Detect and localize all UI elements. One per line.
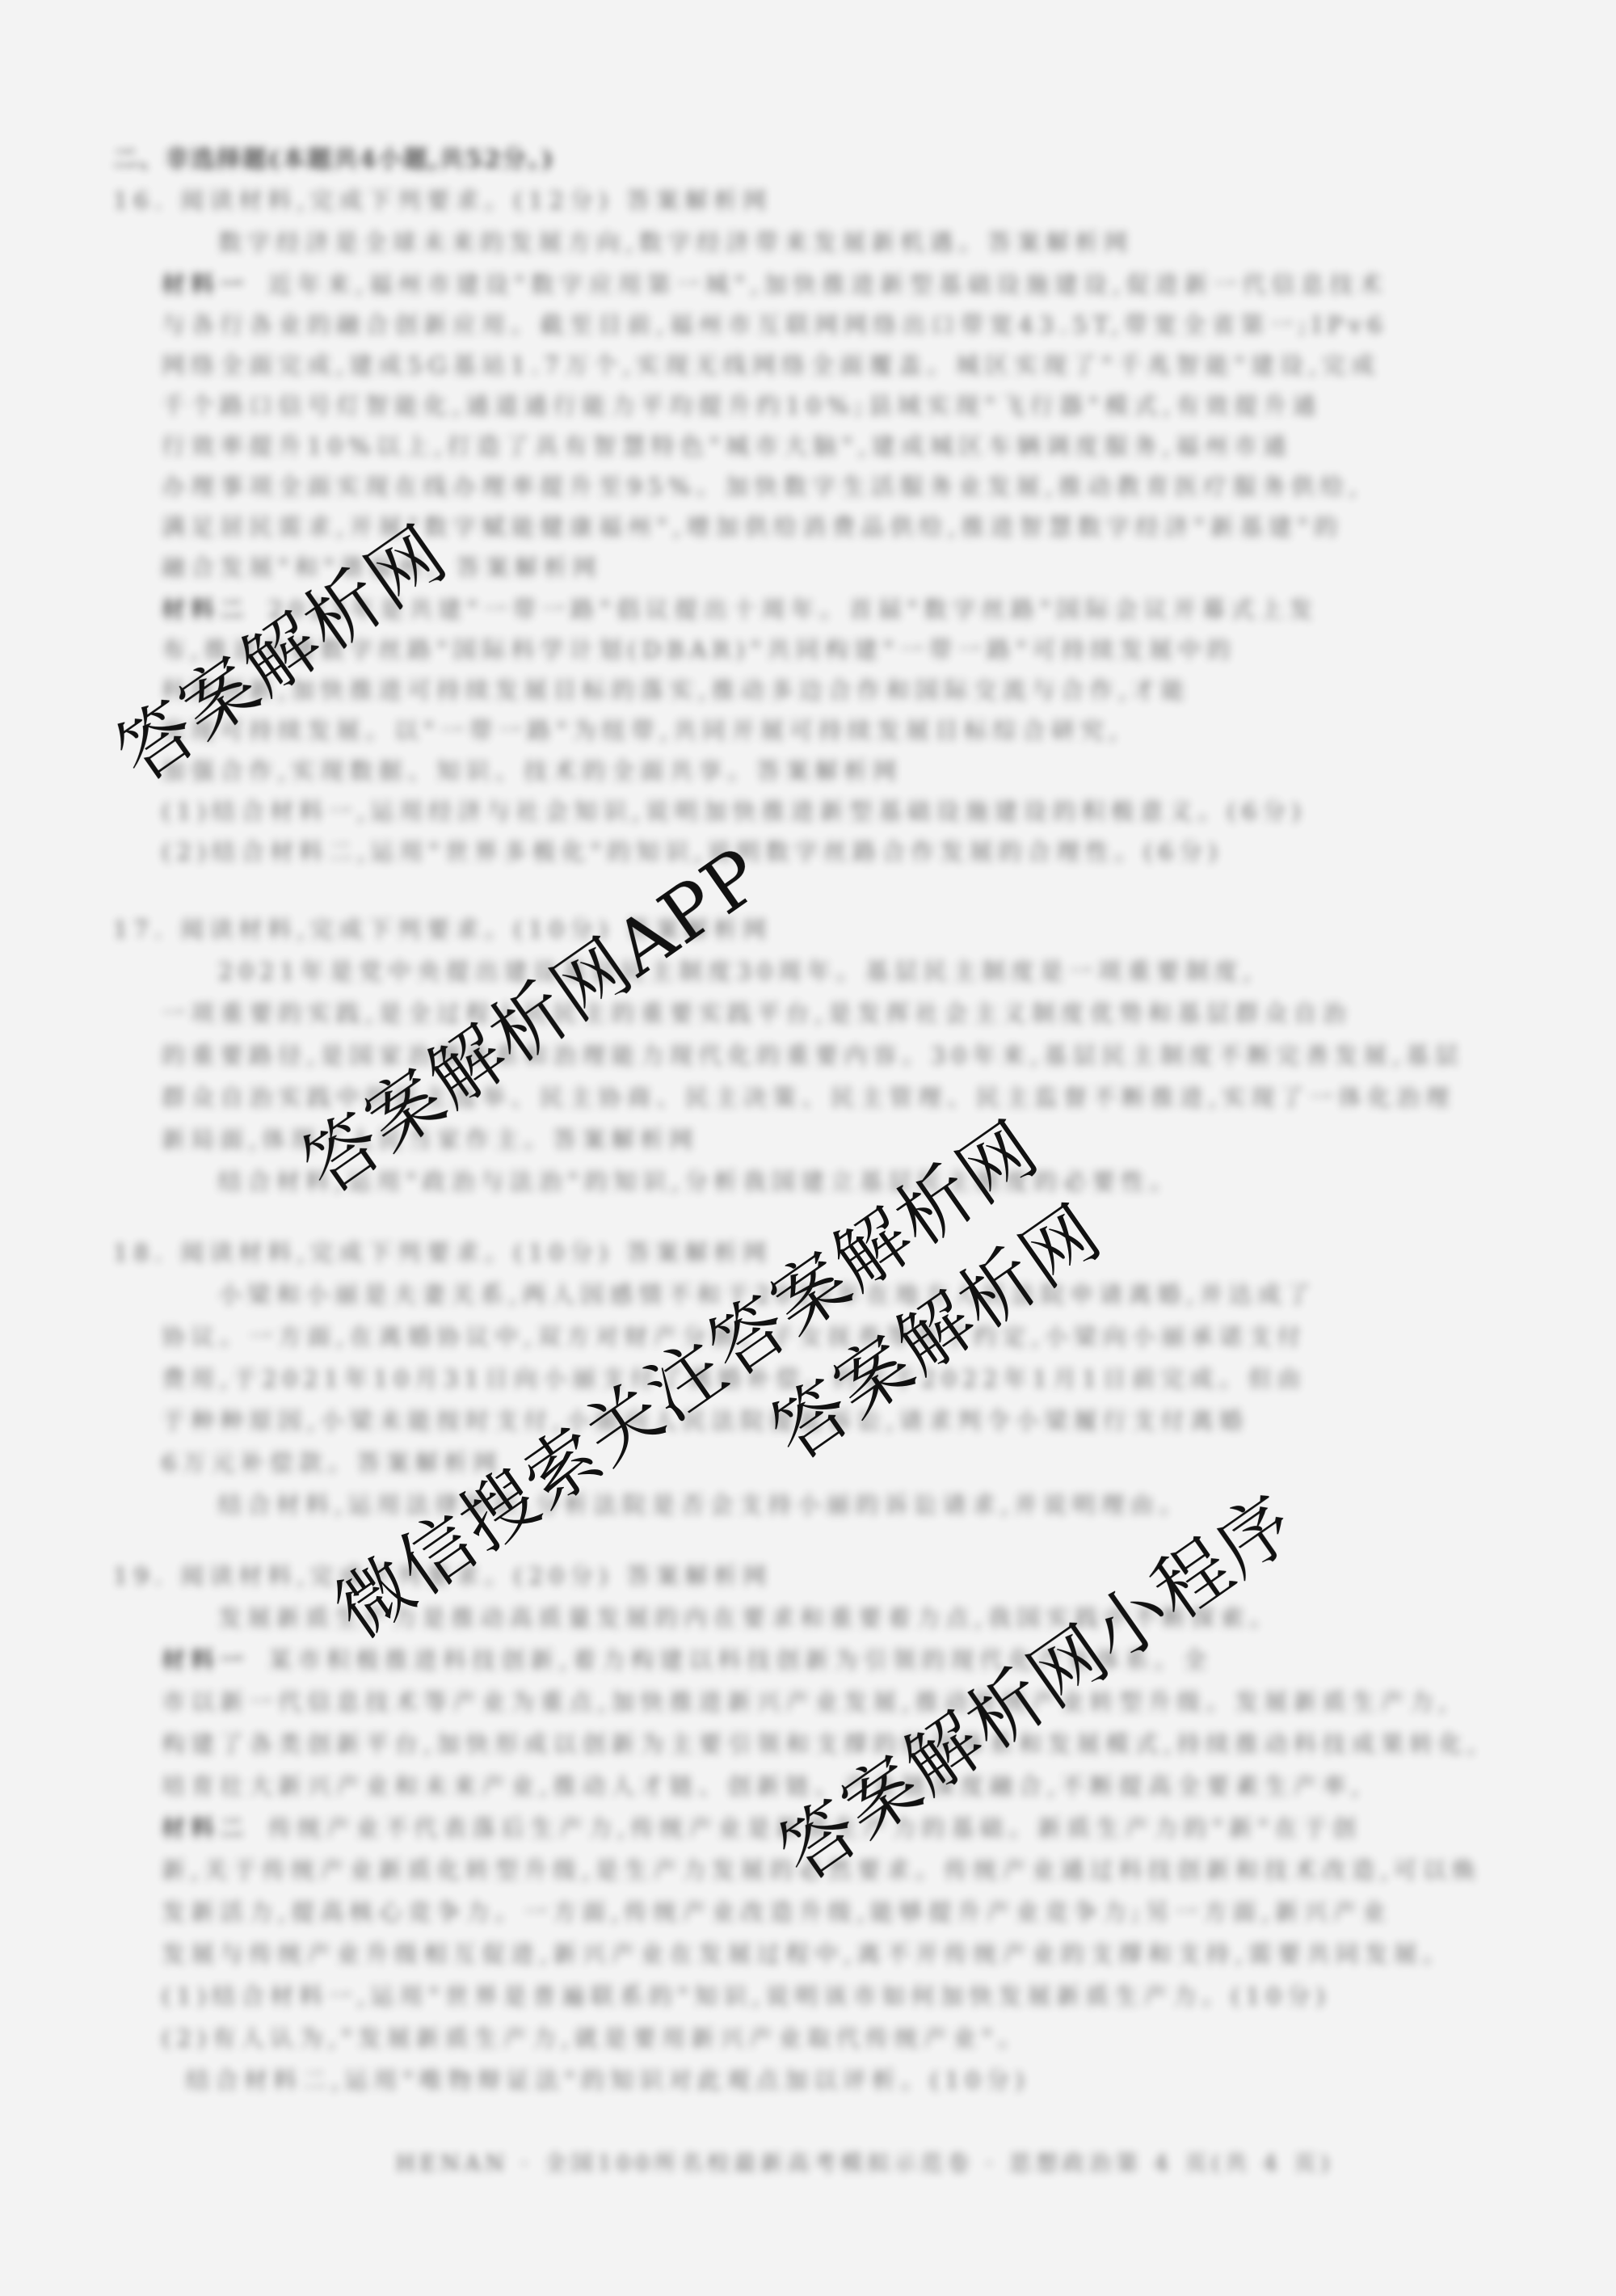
q19-material1-line: 市以新一代信息技术等产业为重点,加快推进新兴产业发展,推动传统产业转型升级。发展… bbox=[162, 1684, 1471, 1717]
q16-subquestion: (2)结合材料二,运用"世界多极化"的知识,说明数字丝路合作发展的合理性。(6分… bbox=[162, 834, 1471, 867]
q16-subquestion: (1)结合材料一,运用经济与社会知识,说明加快推进新型基础设施建设的积极意义。(… bbox=[162, 794, 1471, 827]
q17-line: 2021年是党中央提出建设基层民主制度30周年。基层民主制度是一项重要制度, bbox=[218, 954, 1256, 987]
q19-material1-line: 材料一某市积极推进科技创新,着力构建以科技创新为引领的现代化产业体系。全 bbox=[162, 1642, 1471, 1675]
section-title: 二、非选择题(本题共4小题,共52分。) bbox=[113, 139, 554, 175]
material-label: 材料二 bbox=[162, 1814, 249, 1842]
q16-material1-line: 与各行各业的融合创新应用。截至目前,福州市互联网网络出口带宽43.5T,带宽全省… bbox=[162, 307, 1471, 340]
question-16-lead: 数字经济是全球未来的发展方向,数字经济带来发展新机遇。答案解析网 bbox=[218, 225, 1133, 258]
q18-question: 结合材料,运用法律知识,分析法院是否会支持小丽的诉讼请求,并说明理由。 bbox=[218, 1487, 1189, 1520]
q16-material1-line: 办理事项全面实现在线办理率提升至95%。加快数字生活服务业发展,推动教育医疗服务… bbox=[162, 469, 1471, 502]
q19-subquestion: (1)结合材料一,运用"世界是普遍联系的"知识,说明该市如何加快发展新质生产力。… bbox=[162, 1978, 1471, 2012]
exam-page: 二、非选择题(本题共4小题,共52分。) 16. 阅读材料,完成下列要求。(12… bbox=[0, 0, 1616, 2296]
q19-subquestion: 结合材料二,运用"唯物辩证法"的知识对此观点加以评析。(10分) bbox=[186, 2062, 1495, 2096]
q16-material2-line: 加强合作,实现数据、知识、技术的全面共享。答案解析网 bbox=[162, 753, 1471, 786]
q16-material1-line: 行效率提升10%以上,打造了具有智慧特色"城市大脑",建成城区车辆调度服务,福州… bbox=[162, 428, 1471, 461]
question-18-prompt: 18. 阅读材料,完成下列要求。(10分) 答案解析网 bbox=[113, 1235, 772, 1268]
q16-material1-line: 网络全面完成,建成5G基站1.7万个,实现无线网络全面覆盖。城区实现了"千兆智能… bbox=[162, 348, 1471, 381]
q19-material1-line: 构建了各类创新平台,加快形成以创新为主要引领和支撑的经济体系和发展模式,持续推动… bbox=[162, 1726, 1471, 1759]
q19-material2-line: 发展与传统产业升级相互促进,新兴产业在发展过程中,离不开传统产业的支撑和支持,需… bbox=[162, 1936, 1471, 1970]
question-16-prompt: 16. 阅读材料,完成下列要求。(12分) 答案解析网 bbox=[113, 183, 772, 216]
q16-material1-line: 千个路口信号灯智能化,通道通行能力平均提升约10%;县域实现"飞行器"模式,有效… bbox=[162, 388, 1471, 421]
material-label: 材料一 bbox=[162, 1646, 249, 1674]
page-footer: HENAN · 全国100所名校最新高考模拟示范卷 · 思想政治第 4 页(共 … bbox=[396, 2146, 1334, 2177]
material-label: 材料一 bbox=[162, 271, 249, 298]
q19-subquestion: (2)有人认为,"发展新质生产力,就是要用新兴产业取代传统产业"。 bbox=[162, 2020, 1471, 2054]
q17-line: 一项重要的实践,是全过程人民民主的重要实践平台,是发挥社会主义制度优势和基层群众… bbox=[162, 996, 1471, 1029]
q16-material2-line: 实现可持续发展。以"一带一路"为纽带,共同开展可持续发展目标综合研究, bbox=[162, 713, 1471, 746]
q16-material2-line: 科技创新,加快推进可持续发展目标的落实,推动多边合作和国际交流与合作,才能 bbox=[162, 672, 1471, 706]
q16-material1-line: 材料一近年来,福州市建设"数字应用第一城",加快推进新型基础设施建设,促进新一代… bbox=[162, 267, 1471, 300]
q17-line: 的重要路径,是国家治理体系和治理能力现代化的重要内容。30年来,基层民主制度不断… bbox=[162, 1038, 1471, 1071]
